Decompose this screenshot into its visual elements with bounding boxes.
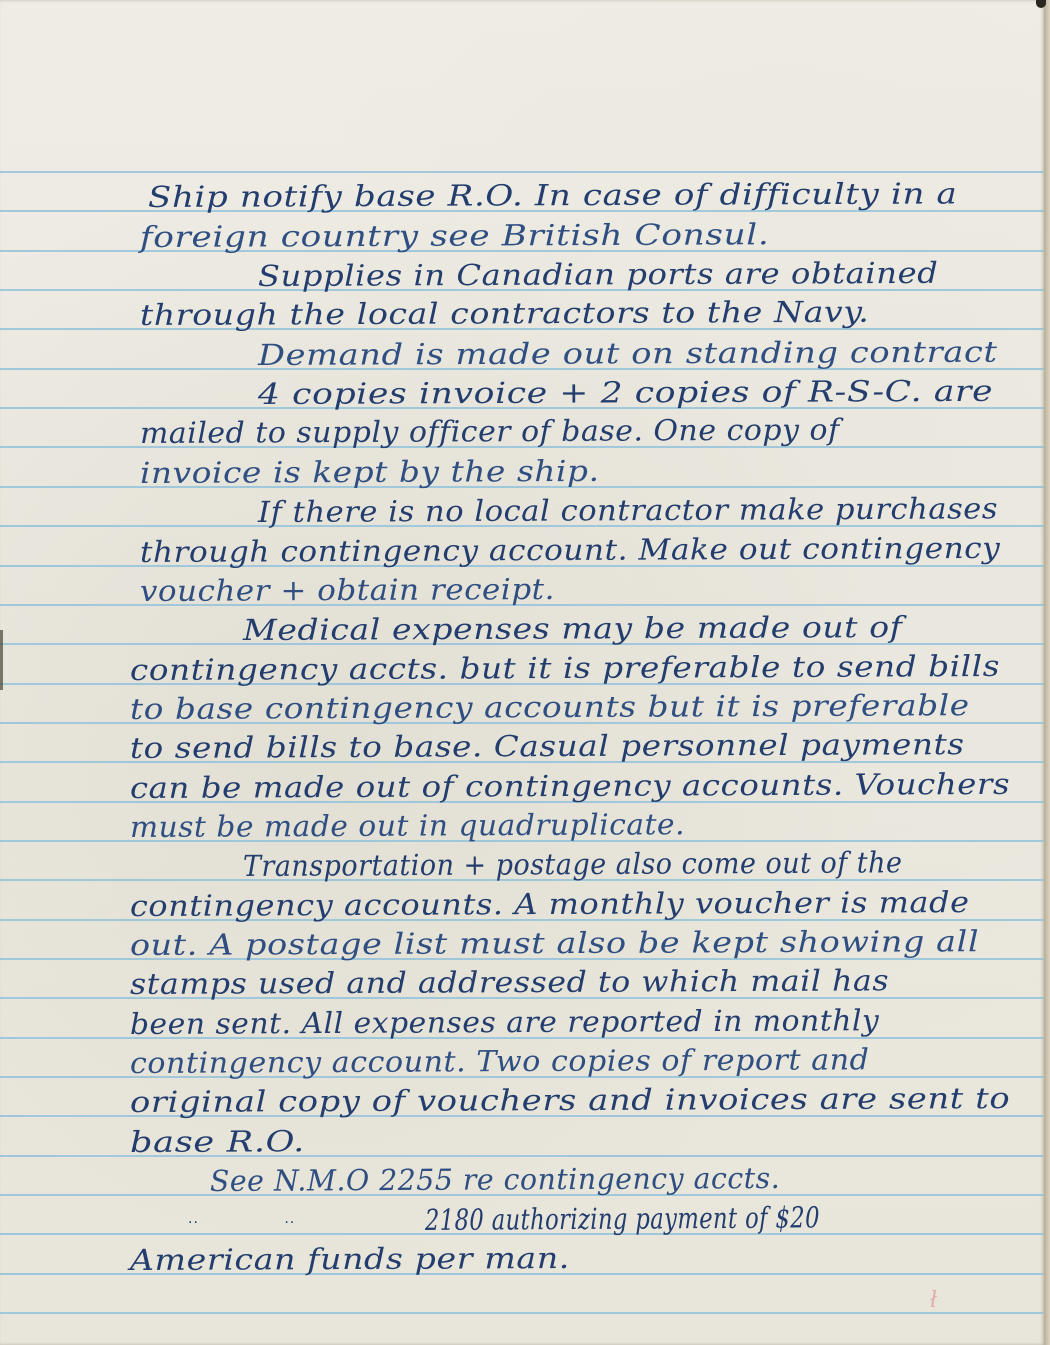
text-line: stamps used and addressed to which mail … xyxy=(130,966,889,999)
text-line: Transportation + postage also come out o… xyxy=(243,848,903,881)
text-line: Medical expenses may be made out of xyxy=(243,613,903,645)
page-edge xyxy=(1044,0,1050,1345)
text-line: through the local contractors to the Nav… xyxy=(140,298,870,330)
notebook-page: Ship notify base R.O. In case of difficu… xyxy=(0,0,1045,1345)
ruled-line xyxy=(0,171,1044,173)
text-line: base R.O. xyxy=(130,1127,305,1157)
text-line: voucher + obtain receipt. xyxy=(140,575,555,606)
text-line: invoice is kept by the ship. xyxy=(140,457,600,488)
text-line: 2180 authorizing payment of $20 xyxy=(425,1203,820,1235)
text-line: out. A postage list must also be kept sh… xyxy=(130,927,979,960)
red-pencil-mark: ł xyxy=(930,1288,937,1313)
text-line: See N.M.O 2255 re contingency accts. xyxy=(210,1164,780,1196)
text-line: American funds per man. xyxy=(130,1244,570,1275)
text-line: Ship notify base R.O. In case of difficu… xyxy=(148,179,958,212)
text-line: contingency accts. but it is preferable … xyxy=(130,652,1000,685)
ruled-line xyxy=(0,1312,1044,1314)
text-line: must be made out in quadruplicate. xyxy=(130,810,685,842)
binding-shadow xyxy=(0,630,3,690)
text-line: foreign country see British Consul. xyxy=(140,220,770,252)
text-line: contingency accounts. A monthly voucher … xyxy=(130,888,970,921)
text-line: 4 copies invoice + 2 copies of R-S-C. ar… xyxy=(258,377,993,409)
text-line: through contingency account. Make out co… xyxy=(140,534,1001,567)
text-line: can be made out of contingency accounts.… xyxy=(130,770,1010,803)
text-line: Demand is made out on standing contract xyxy=(258,338,998,370)
text-line: contingency account. Two copies of repor… xyxy=(130,1045,870,1078)
ditto-marks: .. .. xyxy=(188,1211,295,1227)
text-line: original copy of vouchers and invoices a… xyxy=(130,1084,1011,1117)
text-line: mailed to supply officer of base. One co… xyxy=(140,415,840,448)
text-line: to base contingency accounts but it is p… xyxy=(130,691,970,724)
text-line: Supplies in Canadian ports are obtained xyxy=(258,259,939,291)
text-line: been sent. All expenses are reported in … xyxy=(130,1006,880,1039)
text-line: to send bills to base. Casual personnel … xyxy=(130,730,965,763)
text-line: If there is no local contractor make pur… xyxy=(258,494,998,527)
